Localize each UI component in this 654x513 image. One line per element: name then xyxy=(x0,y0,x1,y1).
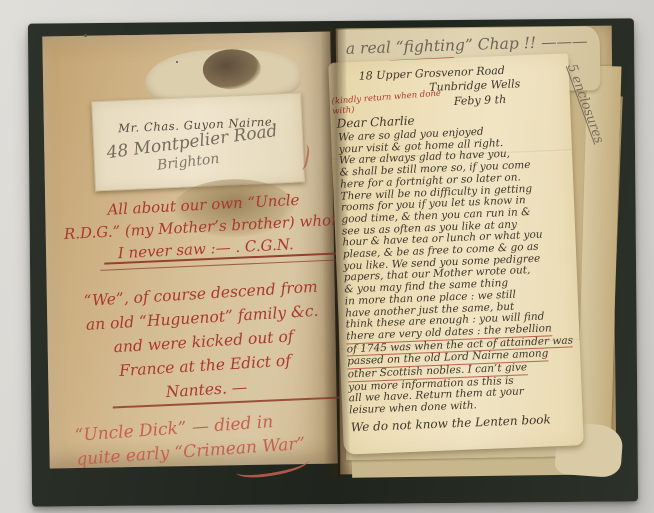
red-note-block-huguenot: “We”, of course descend froman old “Hugu… xyxy=(56,273,351,410)
red-note-block-uncle: All about our own “UncleR.D.G.” (my Moth… xyxy=(52,186,357,268)
letter-body: We are so glad you enjoyedyour visit & g… xyxy=(338,123,578,417)
dust-speck xyxy=(84,34,87,37)
letter-date: Feby 9 th xyxy=(454,93,507,108)
red-note-block-uncle-dick: “Uncle Dick” — died inquite early “Crime… xyxy=(74,403,377,472)
photo-of-open-album: Mr. Chas. Guyon Nairne. 48 Montpelier Ro… xyxy=(0,0,654,513)
letter-sheet: 18 Upper Grosvenor Road Tunbridge Wells … xyxy=(328,53,584,454)
letter-red-annotation: (kindly return when done with) xyxy=(331,89,444,116)
dust-speck xyxy=(176,61,178,63)
left-page: Mr. Chas. Guyon Nairne. 48 Montpelier Ro… xyxy=(42,32,337,469)
calling-card: Mr. Chas. Guyon Nairne. 48 Montpelier Ro… xyxy=(91,92,305,191)
